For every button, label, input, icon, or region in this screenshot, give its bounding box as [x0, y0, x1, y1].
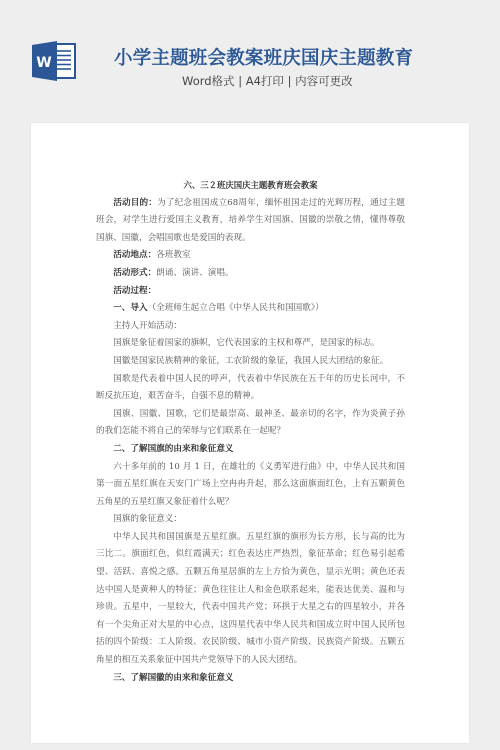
- form-text: 朗诵、演讲、演唱。: [156, 268, 233, 278]
- section1-paragraph: 一、导入（全班师生起立合唱《中华人民共和国国歌》）: [96, 300, 405, 318]
- purpose-label: 活动目的：: [113, 198, 157, 208]
- location-label: 活动地点：: [113, 250, 156, 260]
- section1-note: （全班师生起立合唱《中华人民共和国国歌》）: [148, 303, 324, 313]
- all-symbols-paragraph: 国旗、国徽、国歌，它们是最崇高、最神圣、最亲切的名字，作为炎黄子孙的我们怎能不将…: [96, 406, 405, 441]
- location-text: 各班教室: [156, 250, 190, 260]
- section2-heading: 二、了解国旗的由来和象征意义: [96, 441, 405, 459]
- page-title: 小学主题班会教案班庆国庆主题教育: [114, 44, 413, 70]
- history-paragraph: 六十多年前的 10 月 1 日，在雄壮的《义勇军进行曲》中，中华人民共和国第一面…: [96, 459, 405, 512]
- purpose-paragraph: 活动目的：为了纪念祖国成立68周年，缅怀祖国走过的光辉历程，通过主题班会，对学生…: [96, 195, 405, 248]
- document-body: 六、三２班庆国庆主题教育班会教案 活动目的：为了纪念祖国成立68周年，缅怀祖国走…: [96, 177, 405, 687]
- process-paragraph: 活动过程：: [96, 283, 405, 301]
- flag-paragraph: 国旗是象征着国家的旗帜，它代表国家的主权和尊严，是国家的标志。: [96, 335, 405, 353]
- word-document-icon: W: [31, 40, 77, 82]
- host-start-paragraph: 主持人开始活动：: [96, 318, 405, 336]
- section1-heading: 一、导入: [113, 303, 147, 313]
- header-banner: W 小学主题班会教案班庆国庆主题教育 Word格式 | A4打印 | 内容可更改: [0, 0, 500, 123]
- process-label: 活动过程：: [113, 286, 156, 296]
- meaning-paragraph: 中华人民共和国国旗是五星红旗。五星红旗的旗形为长方形，长与高的比为三比二。旗面红…: [96, 529, 405, 670]
- page-subtitle: Word格式 | A4打印 | 内容可更改: [182, 73, 353, 89]
- document-page: 六、三２班庆国庆主题教育班会教案 活动目的：为了纪念祖国成立68周年，缅怀祖国走…: [31, 123, 469, 743]
- document-title: 六、三２班庆国庆主题教育班会教案: [96, 177, 405, 195]
- form-label: 活动形式：: [113, 268, 156, 278]
- location-paragraph: 活动地点：各班教室: [96, 247, 405, 265]
- anthem-paragraph: 国歌是代表着中国人民的呼声，代表着中华民族在五千年的历史长河中，不断反抗压迫，艰…: [96, 371, 405, 406]
- svg-text:W: W: [36, 55, 51, 71]
- form-paragraph: 活动形式：朗诵、演讲、演唱。: [96, 265, 405, 283]
- emblem-paragraph: 国徽是国家民族精神的象征，工农阶级的象征，我国人民大团结的象征。: [96, 353, 405, 371]
- meaning-label-paragraph: 国旗的象征意义：: [96, 511, 405, 529]
- section3-heading: 三、了解国徽的由来和象征意义: [96, 670, 405, 688]
